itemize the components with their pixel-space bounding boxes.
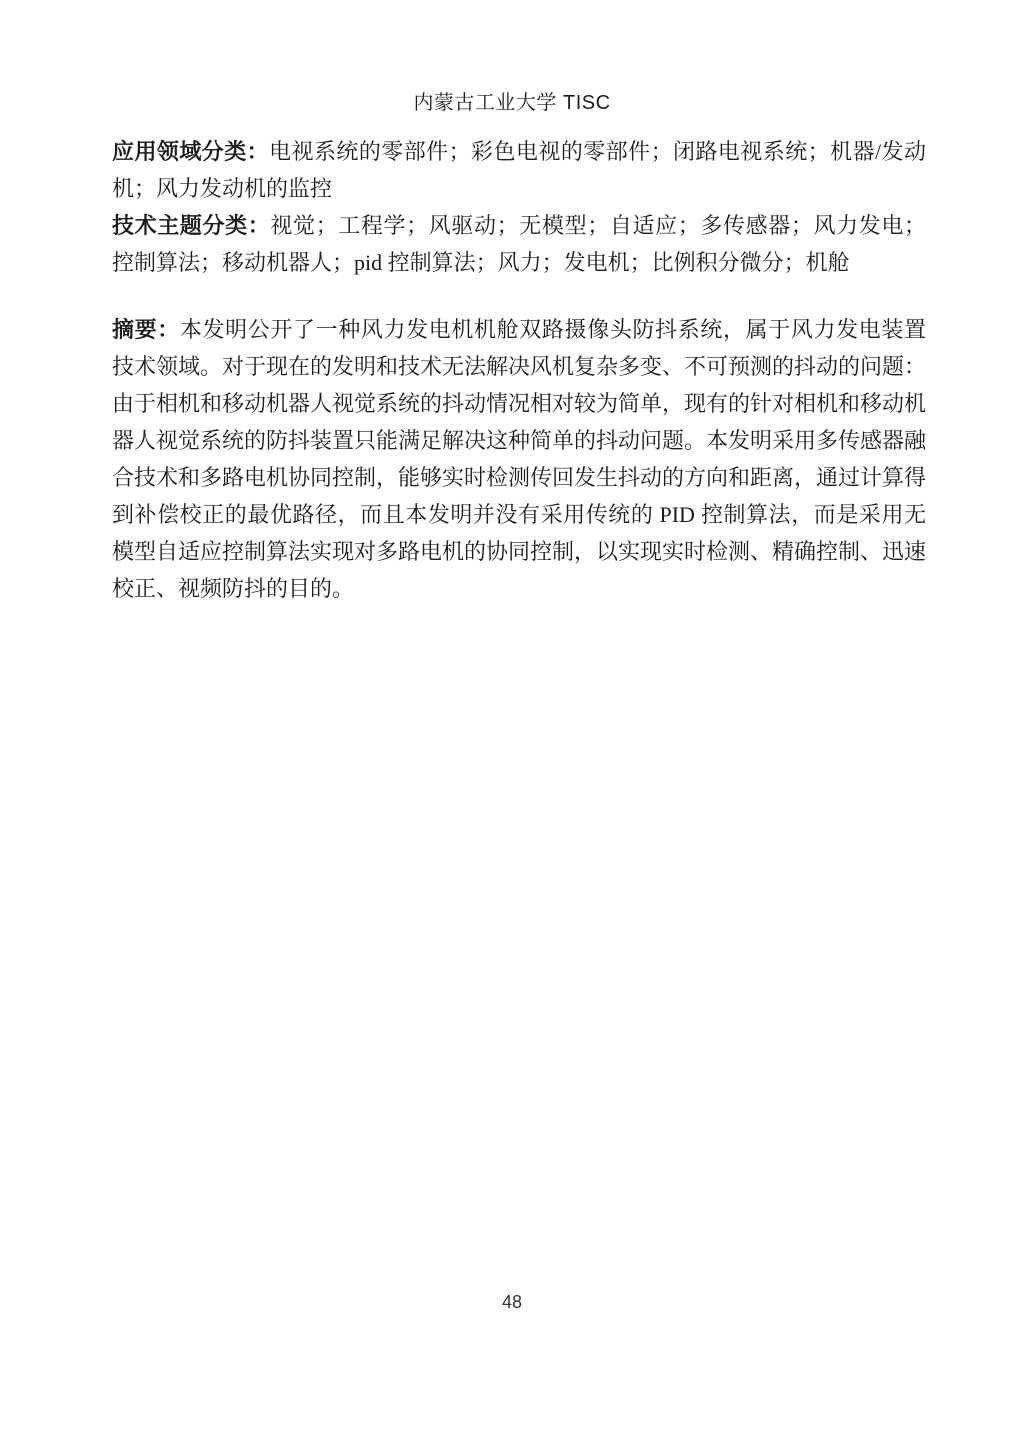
tech-topic-paragraph: 技术主题分类：视觉；工程学；风驱动；无模型；自适应；多传感器；风力发电；控制算法… bbox=[112, 207, 926, 281]
application-field-paragraph: 应用领域分类：电视系统的零部件；彩色电视的零部件；闭路电视系统；机器/发动机；风… bbox=[112, 133, 926, 207]
page-number: 48 bbox=[0, 1292, 1024, 1313]
abstract-text: 本发明公开了一种风力发电机机舱双路摄像头防抖系统，属于风力发电装置技术领域。对于… bbox=[112, 317, 926, 601]
tech-topic-label: 技术主题分类： bbox=[112, 213, 270, 238]
abstract-paragraph: 摘要：本发明公开了一种风力发电机机舱双路摄像头防抖系统，属于风力发电装置技术领域… bbox=[112, 311, 926, 607]
application-field-label: 应用领域分类： bbox=[112, 139, 269, 164]
document-header-title: 内蒙古工业大学 TISC bbox=[0, 86, 1024, 115]
abstract-label: 摘要： bbox=[112, 317, 180, 342]
document-body: 应用领域分类：电视系统的零部件；彩色电视的零部件；闭路电视系统；机器/发动机；风… bbox=[112, 133, 926, 607]
